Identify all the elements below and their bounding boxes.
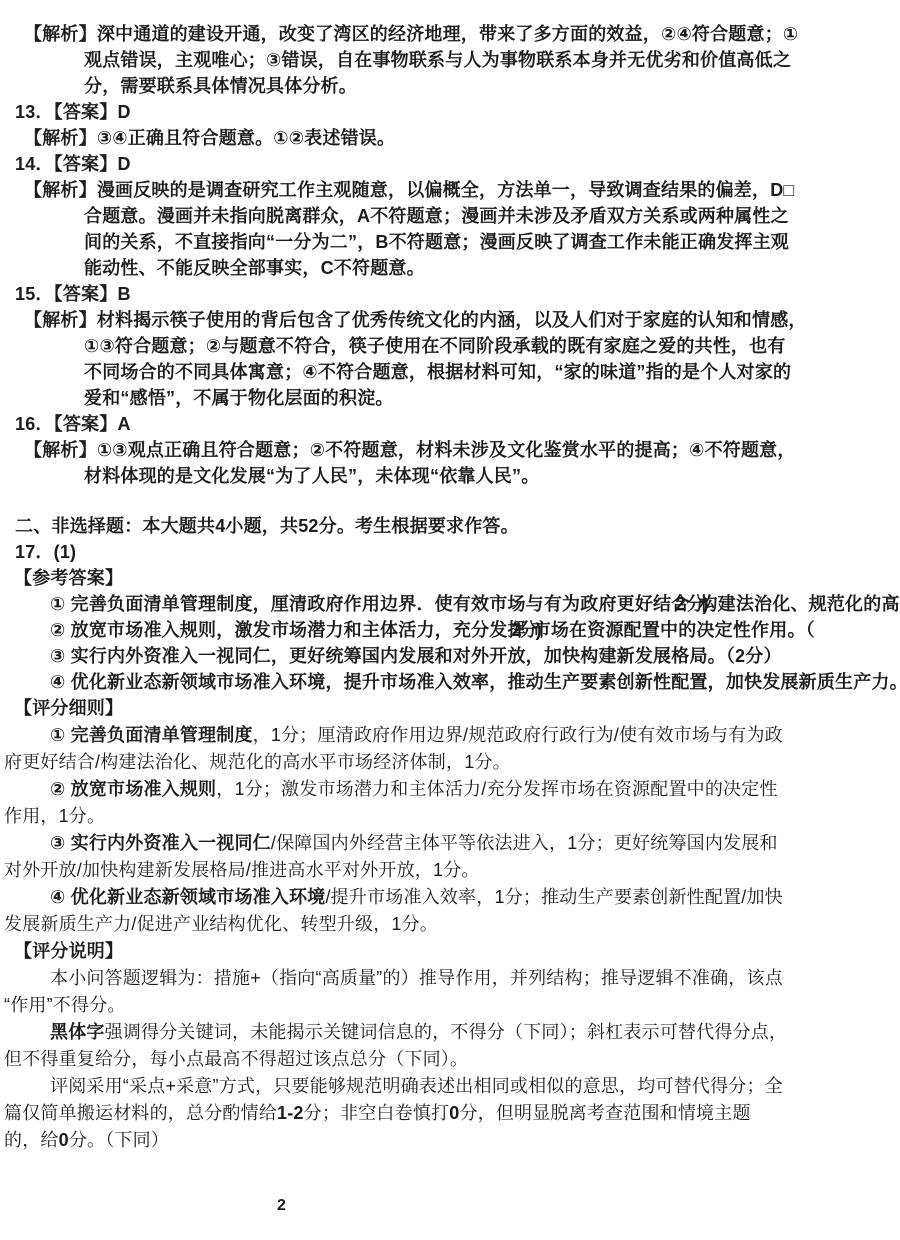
q14-analysis-line-1: 【解析】漫画反映的是调查研究工作主观随意，以偏概全，方法单一，导致调查结果的偏差… <box>0 177 900 203</box>
answer-key-page: { "page": { "number": "2" }, "mcq": { "q… <box>0 0 900 1240</box>
notes-text: 分，但明显脱离考查范围和情境主题 <box>459 1103 750 1123</box>
q15-analysis-line-3: 不同场合的不同具体寓意；④不符合题意，根据材料可知，“家的味道”指的是个人对家的 <box>0 359 900 385</box>
page-number: 2 <box>277 1197 286 1215</box>
q15-analysis-line-4: 爱和“感悟”，不属于物化层面的积淀。 <box>0 385 900 411</box>
question-number: 15． <box>15 284 54 304</box>
score-value: 1-2 <box>277 1103 304 1123</box>
analysis-label: 【解析】 <box>24 440 97 460</box>
analysis-text: 材料揭示筷子使用的背后包含了优秀传统文化的内涵，以及人们对于家庭的认知和情感， <box>97 310 807 330</box>
score-value: 0 <box>449 1103 459 1123</box>
notes-text: 分；非空白卷慎打 <box>304 1103 450 1123</box>
notes-text: 强调得分关键词，未能揭示关键词信息的，不得分（下同）；斜杠表示可替代得分点， <box>105 1022 788 1042</box>
notes-para-1-line-1: 本小问答题逻辑为：措施+（指向“高质量”的）推导作用，并列结构；推导逻辑不准确，… <box>0 965 900 992</box>
notes-keyword: 黑体字 <box>50 1022 105 1042</box>
q14-analysis-line-4: 能动性、不能反映全部事实，C不符题意。 <box>0 255 900 281</box>
q13-analysis-line: 【解析】③④正确且符合题意。①②表述错误。 <box>0 125 900 151</box>
q15-answer-line: 15．【答案】B <box>0 281 900 307</box>
answer-label: 【答案】 <box>54 102 118 122</box>
item-text: ① 完善负面清单管理制度，厘清政府作用边界．使有效市场与有为政府更好结合 <box>50 594 689 614</box>
q16-answer-line: 16．【答案】A <box>0 411 900 437</box>
answer-label: 【答案】 <box>54 414 118 434</box>
reference-answer-header: 【参考答案】 <box>0 565 900 591</box>
item-text: 构建法治化、规范化的高水平市场经济体制 <box>699 594 900 614</box>
notes-text: 分。（下同） <box>69 1130 169 1150</box>
rubric-item-1-line-1: ① 完善负面清单管理制度，1分；厘清政府作用边界/规范政府行政行为/使有效市场与… <box>0 722 900 749</box>
analysis-text: 深中通道的建设开通，改变了湾区的经济地理，带来了多方面的效益，②④符合题意；① <box>97 24 799 44</box>
question-number: 14． <box>15 154 54 174</box>
q14-analysis-line-3: 间的关系，不直接指向“一分为二”，B不符题意；漫画反映了调查工作未能正确发挥主观 <box>0 229 900 255</box>
notes-para-3-line-1: 评阅采用“采点+采意”方式，只要能够规范明确表述出相同或相似的意思，均可替代得分… <box>0 1073 900 1100</box>
question-number: 13． <box>15 102 54 122</box>
rubric-keyword: ③ 实行内外资准入一视同仁 <box>50 833 271 853</box>
notes-text: 篇仅简单搬运材料的，总分酌情给 <box>4 1103 277 1123</box>
reference-answer-item-4: ④ 优化新业态新领域市场准入环境，提升市场准入效率，推动生产要素创新性配置，加快… <box>0 669 900 695</box>
analysis-label: 【解析】 <box>24 180 97 200</box>
rubric-item-2-line-2: 作用，1分。 <box>0 803 900 830</box>
analysis-text: ③④正确且符合题意。①②表述错误。 <box>97 128 395 148</box>
rubric-keyword: ① 完善负面清单管理制度 <box>50 725 253 745</box>
rubric-item-2-line-1: ② 放宽市场准入规则，1分；激发市场潜力和主体活力/充分发挥市场在资源配置中的决… <box>0 776 900 803</box>
q13-answer-line: 13．【答案】D <box>0 99 900 125</box>
rubric-item-4-line-2: 发展新质生产力/促进产业结构优化、转型升级，1分。 <box>0 911 900 938</box>
rubric-item-1-line-2: 府更好结合/构建法治化、规范化的高水平市场经济体制，1分。 <box>0 749 900 776</box>
answer-label: 【答案】 <box>54 154 118 174</box>
rubric-item-3-line-1: ③ 实行内外资准入一视同仁/保障国内外经营主体平等依法进入，1分；更好统筹国内发… <box>0 830 900 857</box>
q15-analysis-line-1: 【解析】材料揭示筷子使用的背后包含了优秀传统文化的内涵，以及人们对于家庭的认知和… <box>0 307 900 333</box>
item-text: ② 放宽市场准入规则，激发市场潜力和主体活力，充分发挥 <box>50 620 526 640</box>
notes-para-1-line-2: “作用”不得分。 <box>0 992 900 1019</box>
rubric-text: ，1分；激发市场潜力和主体活力/充分发挥市场在资源配置中的决定性 <box>216 779 777 799</box>
q16-analysis-line-2: 材料体现的是文化发展“为了人民”，未体现“依靠人民”。 <box>0 463 900 489</box>
analysis-text: ①③观点正确且符合题意；②不符题意，材料未涉及文化鉴赏水平的提高；④不符题意， <box>97 440 796 460</box>
document-body: 【解析】深中通道的建设开通，改变了湾区的经济地理，带来了多方面的效益，②④符合题… <box>0 21 900 1154</box>
question-number: 16． <box>15 414 54 434</box>
q17-number: 17．(1) <box>0 539 900 565</box>
analysis-label: 【解析】 <box>24 310 97 330</box>
notes-para-2-line-2: 但不得重复给分，每小点最高不得超过该点总分（下同）。 <box>0 1046 900 1073</box>
reference-answer-item-1: ① 完善负面清单管理制度，厘清政府作用边界．使有效市场与有为政府更好结合2 分)… <box>0 591 900 617</box>
analysis-label: 【解析】 <box>24 128 97 148</box>
q12-analysis-line-1: 【解析】深中通道的建设开通，改变了湾区的经济地理，带来了多方面的效益，②④符合题… <box>0 21 900 47</box>
q12-analysis-line-3: 分，需要联系具体情况具体分析。 <box>0 73 900 99</box>
analysis-label: 【解析】 <box>24 24 97 44</box>
answer-letter: A <box>117 414 130 434</box>
analysis-text: 漫画反映的是调查研究工作主观随意，以偏概全，方法单一，导致调查结果的偏差，D□ <box>97 180 795 200</box>
notes-para-2-line-1: 黑体字强调得分关键词，未能揭示关键词信息的，不得分（下同）；斜杠表示可替代得分点… <box>0 1019 900 1046</box>
scoring-rubric-header: 【评分细则】 <box>0 695 900 722</box>
reference-answer-item-3: ③ 实行内外资准入一视同仁，更好统筹国内发展和对外开放，加快构建新发展格局。（2… <box>0 643 900 669</box>
rubric-text: /保障国内外经营主体平等依法进入，1分；更好统筹国内发展和 <box>271 833 778 853</box>
q16-analysis-line-1: 【解析】①③观点正确且符合题意；②不符题意，材料未涉及文化鉴赏水平的提高；④不符… <box>0 437 900 463</box>
score-value: 0 <box>59 1130 69 1150</box>
rubric-text: ，1分；厘清政府作用边界/规范政府行政行为/使有效市场与有为政 <box>253 725 783 745</box>
answer-letter: D <box>117 102 130 122</box>
rubric-keyword: ② 放宽市场准入规则 <box>50 779 216 799</box>
q14-analysis-line-2: 合题意。漫画并未指向脱离群众，A不符题意；漫画并未涉及矛盾双方关系或两种属性之 <box>0 203 900 229</box>
scoring-notes-header: 【评分说明】 <box>0 938 900 965</box>
q15-analysis-line-2: ①③符合题意；②与题意不符合，筷子使用在不同阶段承载的既有家庭之爱的共性，也有 <box>0 333 900 359</box>
rubric-item-3-line-2: 对外开放/加快构建新发展格局/推进高水平对外开放，1分。 <box>0 857 900 884</box>
answer-label: 【答案】 <box>54 284 118 304</box>
rubric-item-4-line-1: ④ 优化新业态新领域市场准入环境/提升市场准入效率，1分；推动生产要素创新性配置… <box>0 884 900 911</box>
notes-para-3-line-2: 篇仅简单搬运材料的，总分酌情给1-2分；非空白卷慎打0分，但明显脱离考查范围和情… <box>0 1100 900 1127</box>
section-2-heading: 二、非选择题：本大题共4小题，共52分。考生根据要求作答。 <box>0 513 900 539</box>
reference-answer-item-2: ② 放宽市场准入规则，激发市场潜力和主体活力，充分发挥2分)市场在资源配置中的决… <box>0 617 900 643</box>
q14-answer-line: 14．【答案】D <box>0 151 900 177</box>
notes-para-3-line-3: 的，给0分。（下同） <box>0 1127 900 1154</box>
answer-letter: D <box>117 154 130 174</box>
item-text: 市场在资源配置中的决定性作用。（ <box>533 620 815 640</box>
rubric-keyword: ④ 优化新业态新领域市场准入环境 <box>50 887 325 907</box>
notes-text: 的，给 <box>4 1130 59 1150</box>
q12-analysis-line-2: 观点错误，主观唯心；③错误，自在事物联系与人为事物联系本身并无优劣和价值高低之 <box>0 47 900 73</box>
rubric-text: /提升市场准入效率，1分；推动生产要素创新性配置/加快 <box>325 887 782 907</box>
answer-letter: B <box>117 284 130 304</box>
section-spacer <box>0 489 900 513</box>
